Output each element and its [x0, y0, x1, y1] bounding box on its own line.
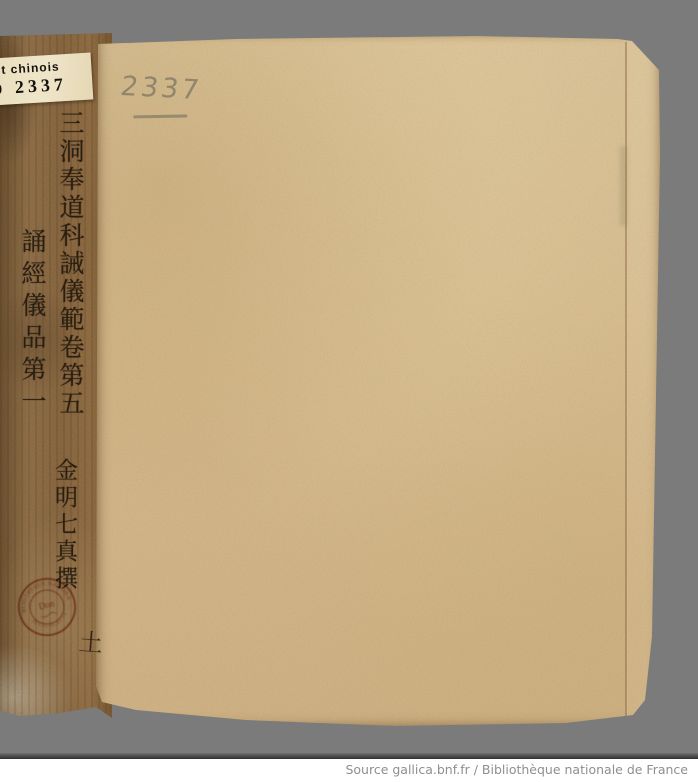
- paper-right-edge-zone: [627, 36, 660, 726]
- stamp-center-squiggle: [41, 611, 57, 617]
- title-calligraphy-column: 三洞奉道科誡儀範卷第五: [52, 110, 88, 432]
- vertical-crease-line: [625, 42, 627, 718]
- digitized-manuscript-photo: t chinois 9 2337 2337 三洞奉道科誡儀範卷第五 誦經儀品第一…: [0, 0, 698, 782]
- pencil-inscription: 2337: [119, 71, 242, 137]
- manuscript-cover-paper: [96, 36, 660, 726]
- faint-smudge: [620, 146, 627, 226]
- footer-bar: Source gallica.bnf.fr / Bibliothèque nat…: [0, 759, 698, 782]
- chapter-calligraphy-column: 誦經儀品第一: [14, 228, 50, 440]
- source-credit: Source gallica.bnf.fr / Bibliothèque nat…: [345, 762, 688, 777]
- pencil-number: 2337: [118, 71, 203, 106]
- shelfmark-partial-glyph: 9: [0, 82, 3, 99]
- shelfmark-number-row: 9 2337: [0, 72, 93, 100]
- paper-grain-texture: [96, 36, 660, 726]
- pencil-underline-stroke: [133, 115, 187, 119]
- shelfmark-label: t chinois 9 2337: [0, 52, 93, 106]
- shelfmark-number: 2337: [14, 74, 67, 98]
- stamp-center-text: Don: [38, 598, 56, 612]
